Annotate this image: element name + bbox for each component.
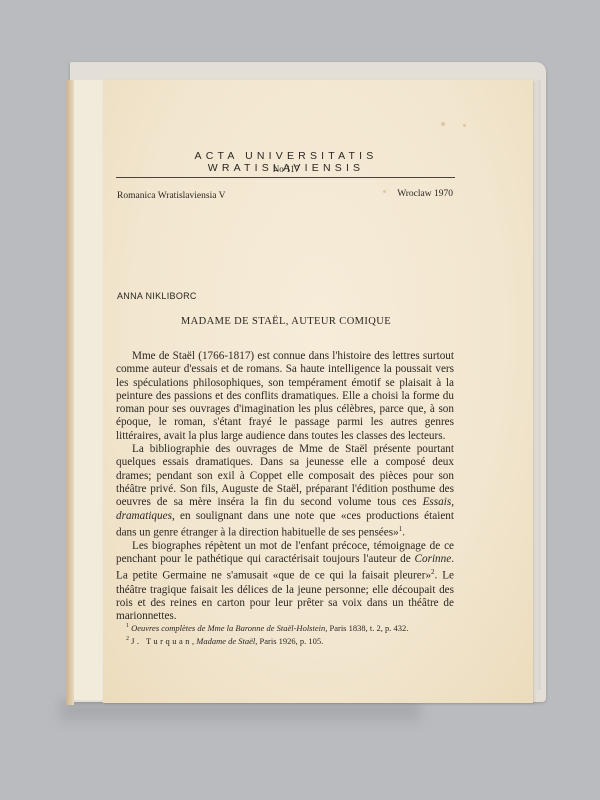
author-name: ANNA NIKLIBORC bbox=[117, 291, 197, 301]
footnote-text: , Paris 1926, p. 105. bbox=[255, 636, 323, 646]
table-shadow bbox=[60, 700, 420, 720]
article-title: MADAME DE STAËL, AUTEUR COMIQUE bbox=[117, 316, 455, 327]
paragraph-2: La bibliographie des ouvrages de Mme de … bbox=[116, 443, 454, 540]
article-body: Mme de Staël (1766-1817) est connue dans… bbox=[116, 350, 454, 623]
footnote-1: 1 Oeuvres complètes de Mme la Baronne de… bbox=[116, 621, 456, 634]
footnote-title: Oeuvres complètes de Mme la Baronne de S… bbox=[131, 623, 325, 633]
journal-name: Romanica Wratislaviensia V bbox=[117, 191, 226, 201]
place-year: Wroclaw 1970 bbox=[397, 189, 453, 199]
paragraph-text: Les biographes répètent un mot de l'enfa… bbox=[116, 540, 454, 565]
footnotes: 1 Oeuvres complètes de Mme la Baronne de… bbox=[116, 621, 456, 648]
paragraph-text: . bbox=[402, 527, 405, 539]
header-rule bbox=[116, 177, 455, 178]
footnote-title: Madame de Staël bbox=[196, 636, 255, 646]
page-content: ACTA UNIVERSITATIS WRATISLAVIENSIS No 11… bbox=[103, 80, 533, 703]
foxing-spot bbox=[383, 190, 386, 193]
issue-number: No 117 bbox=[117, 164, 455, 174]
footnote-number: 2 bbox=[126, 636, 129, 642]
foxing-spot bbox=[441, 122, 445, 126]
footnote-author: J. Turquan bbox=[131, 636, 192, 646]
spine-edge bbox=[66, 80, 74, 705]
footnote-number: 1 bbox=[126, 623, 129, 629]
document-page: ACTA UNIVERSITATIS WRATISLAVIENSIS No 11… bbox=[103, 80, 533, 703]
left-binding-strip bbox=[74, 80, 105, 700]
foxing-spot bbox=[463, 124, 466, 127]
paragraph-1: Mme de Staël (1766-1817) est connue dans… bbox=[116, 350, 454, 443]
footnote-text: , Paris 1838, t. 2, p. 432. bbox=[325, 623, 408, 633]
italic-title: Corinne bbox=[415, 553, 452, 565]
paragraph-text: La bibliographie des ouvrages de Mme de … bbox=[116, 443, 454, 508]
footnote-2: 2 J. Turquan, Madame de Staël, Paris 192… bbox=[116, 634, 456, 647]
paragraph-3: Les biographes répètent un mot de l'enfa… bbox=[116, 540, 454, 624]
